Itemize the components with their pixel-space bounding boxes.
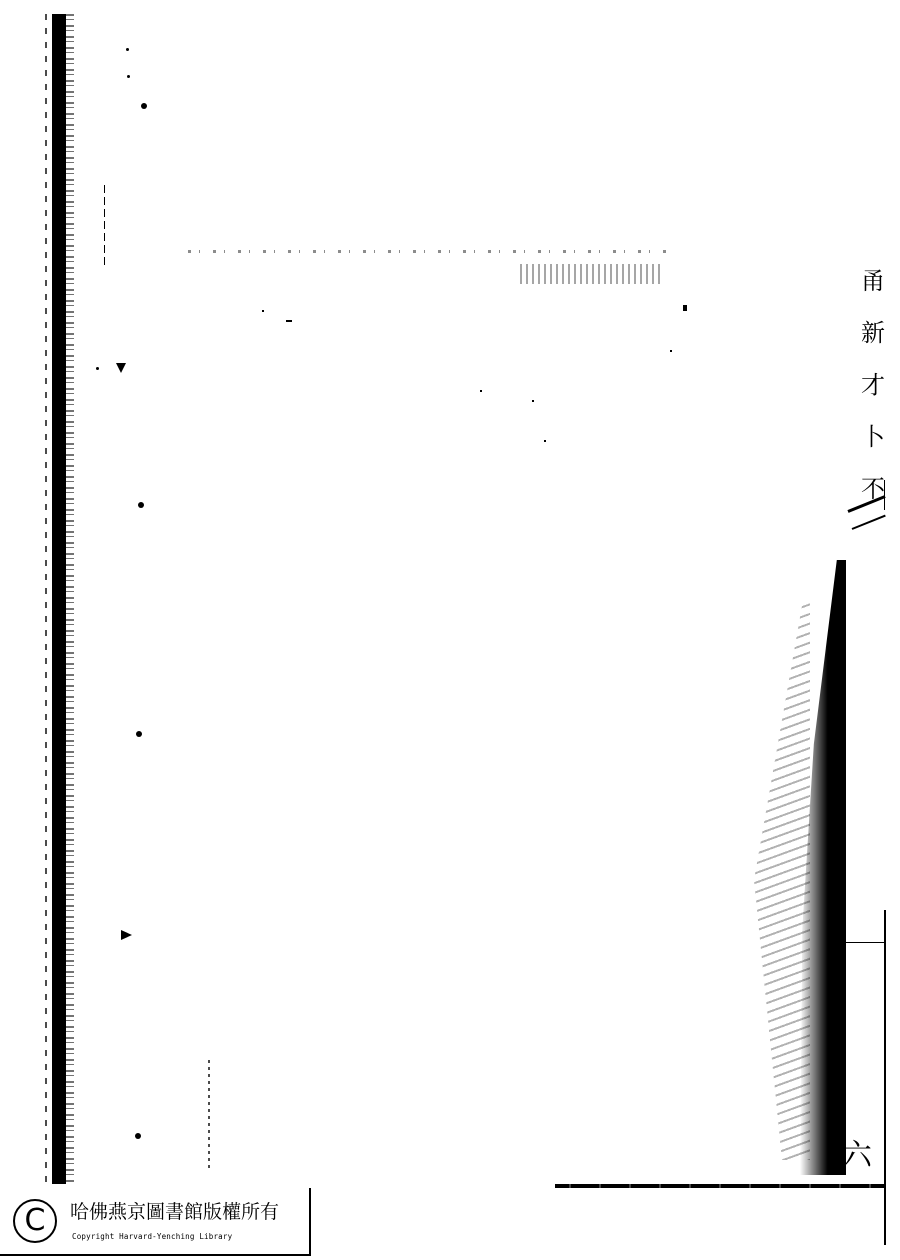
frame-corner-line <box>852 515 886 530</box>
text-fragment: 才 <box>861 366 885 404</box>
stitch-hole-icon <box>136 731 142 737</box>
stitch-hole-icon <box>138 502 144 508</box>
stitch-hole-icon <box>141 103 147 109</box>
speck-icon <box>670 350 672 352</box>
frame-top-line <box>188 250 668 253</box>
stitch-marker-triangle-icon <box>121 930 132 940</box>
text-fragment: 新 <box>861 314 885 352</box>
speck-icon <box>544 440 546 442</box>
stitch-marker-triangle-icon <box>116 363 126 373</box>
copyright-stamp: C 哈佛燕京圖書館版權所有 Copyright Harvard-Yenching… <box>0 1188 311 1256</box>
speck-icon <box>96 367 99 370</box>
crease-mark-lower <box>208 1060 210 1170</box>
speck-icon <box>480 390 482 392</box>
copyright-icon: C <box>13 1199 57 1243</box>
frame-bottom-line <box>555 1184 885 1188</box>
scanned-page: 甬 新 才 卜 不 六 C 哈佛燕京圖書館版權所有 Copyright Harv… <box>0 0 900 1260</box>
text-fragment: 卜 <box>861 418 885 456</box>
page-fold-shadow-speckle <box>740 600 810 1160</box>
speck-icon <box>262 310 264 312</box>
right-margin-text-fragments: 甬 新 才 卜 不 <box>858 262 888 508</box>
frame-horizontal-line <box>842 942 884 943</box>
speck-icon <box>126 48 129 51</box>
stitch-hole-icon <box>135 1133 141 1139</box>
binding-edge-texture <box>64 14 74 1184</box>
speck-icon <box>286 320 292 322</box>
page-number: 六 <box>842 1138 872 1174</box>
speck-icon <box>683 305 687 311</box>
copyright-text-english: Copyright Harvard-Yenching Library <box>72 1232 232 1241</box>
speck-icon <box>532 400 534 402</box>
crease-mark <box>104 185 105 265</box>
frame-top-smudge <box>520 264 660 284</box>
text-fragment: 不 <box>861 470 885 508</box>
binding-edge-thin-line <box>45 14 47 1184</box>
speck-icon <box>127 75 130 78</box>
right-frame-line <box>884 910 886 1245</box>
text-fragment: 甬 <box>861 262 885 300</box>
copyright-text-chinese: 哈佛燕京圖書館版權所有 <box>70 1197 279 1224</box>
